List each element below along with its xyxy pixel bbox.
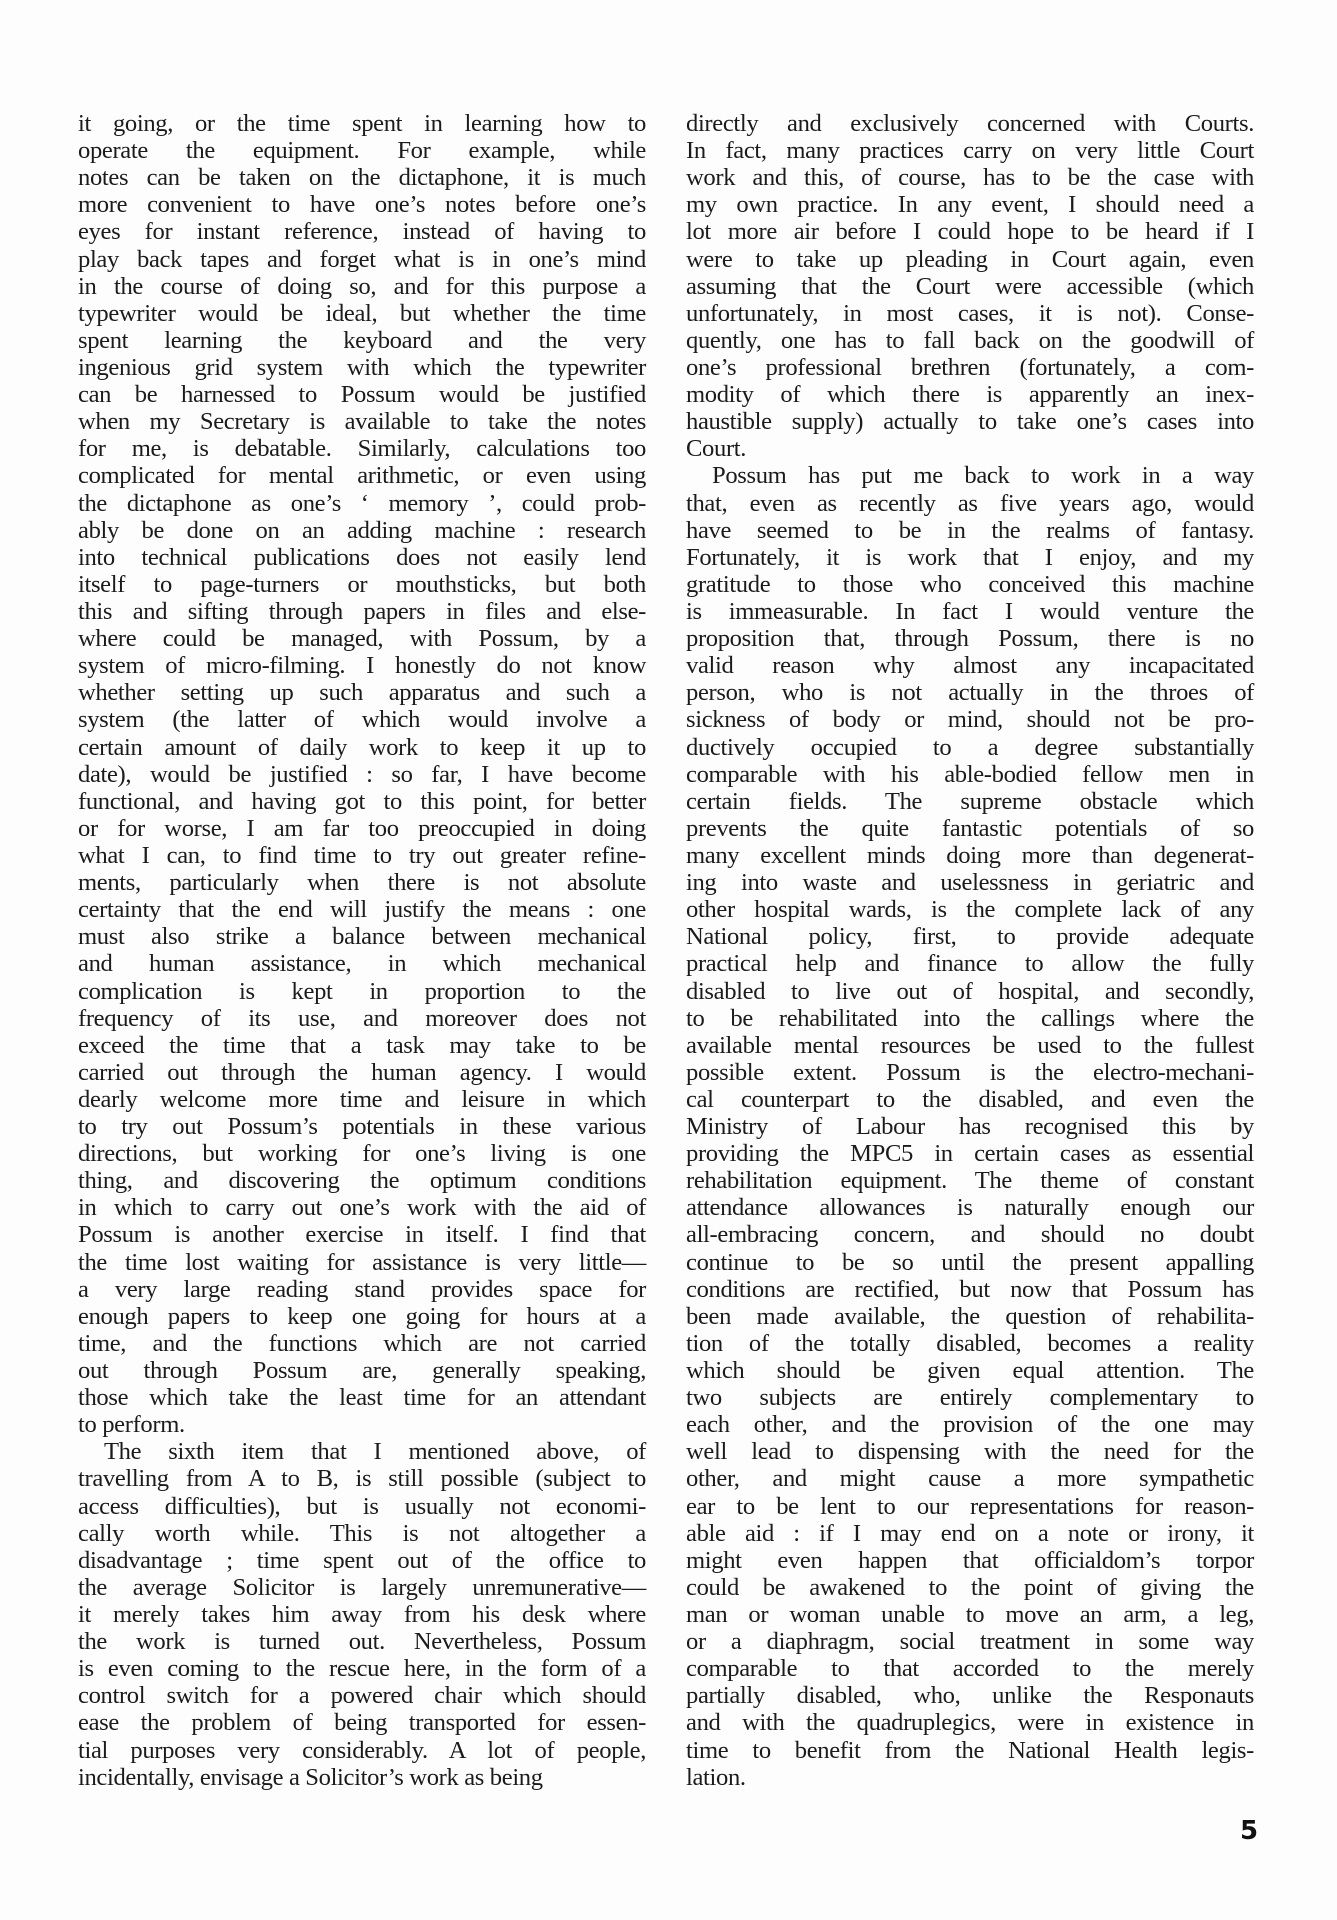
text-line: sickness of body or mind, should not be … <box>686 706 1254 733</box>
text-line: and with the quadruplegics, were in exis… <box>686 1709 1254 1736</box>
right-column: directly and exclusively concerned with … <box>686 110 1254 1791</box>
text-line: certainty that the end will justify the … <box>78 896 646 923</box>
text-line: is even coming to the rescue here, in th… <box>78 1655 646 1682</box>
text-line: in which to carry out one’s work with th… <box>78 1194 646 1221</box>
text-line: haustible supply) actually to take one’s… <box>686 408 1254 435</box>
text-line: ingenious grid system with which the typ… <box>78 354 646 381</box>
text-line: comparable with his able-bodied fellow m… <box>686 761 1254 788</box>
text-line: Fortunately, it is work that I enjoy, an… <box>686 544 1254 571</box>
text-line: one’s professional brethren (fortunately… <box>686 354 1254 381</box>
text-line: have seemed to be in the realms of fanta… <box>686 517 1254 544</box>
text-line: ing into waste and uselessness in geriat… <box>686 869 1254 896</box>
text-line: the work is turned out. Nevertheless, Po… <box>78 1628 646 1655</box>
text-line: directly and exclusively concerned with … <box>686 110 1254 137</box>
text-line: proposition that, through Possum, there … <box>686 625 1254 652</box>
text-line: where could be managed, with Possum, by … <box>78 625 646 652</box>
text-line: might even happen that officialdom’s tor… <box>686 1547 1254 1574</box>
text-line: lot more air before I could hope to be h… <box>686 218 1254 245</box>
text-line: Possum is another exercise in itself. I … <box>78 1221 646 1248</box>
text-line: the dictaphone as one’s ‘ memory ’, coul… <box>78 490 646 517</box>
text-line: the time lost waiting for assistance is … <box>78 1249 646 1276</box>
text-line: operate the equipment. For example, whil… <box>78 137 646 164</box>
text-line: system (the latter of which would involv… <box>78 706 646 733</box>
text-line: Court. <box>686 435 1254 462</box>
text-line: ductively occupied to a degree substanti… <box>686 734 1254 761</box>
text-line: Ministry of Labour has recognised this b… <box>686 1113 1254 1140</box>
text-line: partially disabled, who, unlike the Resp… <box>686 1682 1254 1709</box>
text-line: unfortunately, in most cases, it is not)… <box>686 300 1254 327</box>
text-line: many excellent minds doing more than deg… <box>686 842 1254 869</box>
text-line: that, even as recently as five years ago… <box>686 490 1254 517</box>
text-line: travelling from A to B, is still possibl… <box>78 1465 646 1492</box>
text-line: each other, and the provision of the one… <box>686 1411 1254 1438</box>
text-line: dearly welcome more time and leisure in … <box>78 1086 646 1113</box>
text-line: thing, and discovering the optimum condi… <box>78 1167 646 1194</box>
text-line: able aid : if I may end on a note or iro… <box>686 1520 1254 1547</box>
text-line: date), would be justified : so far, I ha… <box>78 761 646 788</box>
text-line: rehabilitation equipment. The theme of c… <box>686 1167 1254 1194</box>
text-line: disabled to live out of hospital, and se… <box>686 978 1254 1005</box>
text-line: incidentally, envisage a Solicitor’s wor… <box>78 1764 646 1791</box>
text-line: person, who is not actually in the throe… <box>686 679 1254 706</box>
text-line: ear to be lent to our representations fo… <box>686 1493 1254 1520</box>
text-line: well lead to dispensing with the need fo… <box>686 1438 1254 1465</box>
text-line: carried out through the human agency. I … <box>78 1059 646 1086</box>
text-line: can be harnessed to Possum would be just… <box>78 381 646 408</box>
text-line: is immeasurable. In fact I would venture… <box>686 598 1254 625</box>
text-line: comparable to that accorded to the merel… <box>686 1655 1254 1682</box>
text-line: the average Solicitor is largely unremun… <box>78 1574 646 1601</box>
text-line: must also strike a balance between mecha… <box>78 923 646 950</box>
text-line: to perform. <box>78 1411 646 1438</box>
left-column: it going, or the time spent in learning … <box>78 110 646 1791</box>
text-line: valid reason why almost any incapacitate… <box>686 652 1254 679</box>
text-line: complicated for mental arithmetic, or ev… <box>78 462 646 489</box>
text-line: into technical publications does not eas… <box>78 544 646 571</box>
text-line: spent learning the keyboard and the very <box>78 327 646 354</box>
text-line: quently, one has to fall back on the goo… <box>686 327 1254 354</box>
text-line: were to take up pleading in Court again,… <box>686 246 1254 273</box>
text-line: available mental resources be used to th… <box>686 1032 1254 1059</box>
text-line: man or woman unable to move an arm, a le… <box>686 1601 1254 1628</box>
text-line: control switch for a powered chair which… <box>78 1682 646 1709</box>
text-line: which should be given equal attention. T… <box>686 1357 1254 1384</box>
text-line: ably be done on an adding machine : rese… <box>78 517 646 544</box>
text-line: eyes for instant reference, instead of h… <box>78 218 646 245</box>
text-line: National policy, first, to provide adequ… <box>686 923 1254 950</box>
text-line: two subjects are entirely complementary … <box>686 1384 1254 1411</box>
text-line: disadvantage ; time spent out of the off… <box>78 1547 646 1574</box>
text-line: prevents the quite fantastic potentials … <box>686 815 1254 842</box>
text-line: other hospital wards, is the complete la… <box>686 896 1254 923</box>
text-line: complication is kept in proportion to th… <box>78 978 646 1005</box>
text-line: modity of which there is apparently an i… <box>686 381 1254 408</box>
text-line: in the course of doing so, and for this … <box>78 273 646 300</box>
text-line: out through Possum are, generally speaki… <box>78 1357 646 1384</box>
text-line: play back tapes and forget what is in on… <box>78 246 646 273</box>
text-line: and human assistance, in which mechanica… <box>78 950 646 977</box>
text-line: cal counterpart to the disabled, and eve… <box>686 1086 1254 1113</box>
text-line: it merely takes him away from his desk w… <box>78 1601 646 1628</box>
text-line: time, and the functions which are not ca… <box>78 1330 646 1357</box>
text-line: attendance allowances is naturally enoug… <box>686 1194 1254 1221</box>
text-line: functional, and having got to this point… <box>78 788 646 815</box>
text-line: certain amount of daily work to keep it … <box>78 734 646 761</box>
text-line: or a diaphragm, social treatment in some… <box>686 1628 1254 1655</box>
text-line: typewriter would be ideal, but whether t… <box>78 300 646 327</box>
text-line: my own practice. In any event, I should … <box>686 191 1254 218</box>
text-line: gratitude to those who conceived this ma… <box>686 571 1254 598</box>
text-line: certain fields. The supreme obstacle whi… <box>686 788 1254 815</box>
text-line: assuming that the Court were accessible … <box>686 273 1254 300</box>
text-line: or for worse, I am far too preoccupied i… <box>78 815 646 842</box>
text-line: directions, but working for one’s living… <box>78 1140 646 1167</box>
text-line: when my Secretary is available to take t… <box>78 408 646 435</box>
text-line: Possum has put me back to work in a way <box>686 462 1254 489</box>
text-line: tion of the totally disabled, becomes a … <box>686 1330 1254 1357</box>
text-line: what I can, to find time to try out grea… <box>78 842 646 869</box>
text-line: lation. <box>686 1764 1254 1791</box>
text-line: a very large reading stand provides spac… <box>78 1276 646 1303</box>
text-line: exceed the time that a task may take to … <box>78 1032 646 1059</box>
text-line: those which take the least time for an a… <box>78 1384 646 1411</box>
text-line: itself to page-turners or mouthsticks, b… <box>78 571 646 598</box>
text-line: cally worth while. This is not altogethe… <box>78 1520 646 1547</box>
text-line: work and this, of course, has to be the … <box>686 164 1254 191</box>
text-line: The sixth item that I mentioned above, o… <box>78 1438 646 1465</box>
text-line: enough papers to keep one going for hour… <box>78 1303 646 1330</box>
text-line: more convenient to have one’s notes befo… <box>78 191 646 218</box>
text-line: ments, particularly when there is not ab… <box>78 869 646 896</box>
text-line: In fact, many practices carry on very li… <box>686 137 1254 164</box>
text-line: system of micro-filming. I honestly do n… <box>78 652 646 679</box>
text-line: tial purposes very considerably. A lot o… <box>78 1737 646 1764</box>
text-line: providing the MPC5 in certain cases as e… <box>686 1140 1254 1167</box>
text-line: to try out Possum’s potentials in these … <box>78 1113 646 1140</box>
text-line: notes can be taken on the dictaphone, it… <box>78 164 646 191</box>
text-line: could be awakened to the point of giving… <box>686 1574 1254 1601</box>
text-line: it going, or the time spent in learning … <box>78 110 646 137</box>
text-line: time to benefit from the National Health… <box>686 1737 1254 1764</box>
text-line: possible extent. Possum is the electro-m… <box>686 1059 1254 1086</box>
text-line: other, and might cause a more sympatheti… <box>686 1465 1254 1492</box>
text-line: continue to be so until the present appa… <box>686 1249 1254 1276</box>
text-line: for me, is debatable. Similarly, calcula… <box>78 435 646 462</box>
text-line: been made available, the question of reh… <box>686 1303 1254 1330</box>
text-line: conditions are rectified, but now that P… <box>686 1276 1254 1303</box>
text-line: whether setting up such apparatus and su… <box>78 679 646 706</box>
document-page: it going, or the time spent in learning … <box>0 0 1337 1920</box>
text-line: this and sifting through papers in files… <box>78 598 646 625</box>
page-number: 5 <box>1240 1816 1258 1846</box>
text-line: all-embracing concern, and should no dou… <box>686 1221 1254 1248</box>
text-line: frequency of its use, and moreover does … <box>78 1005 646 1032</box>
text-line: access difficulties), but is usually not… <box>78 1493 646 1520</box>
text-line: ease the problem of being transported fo… <box>78 1709 646 1736</box>
text-line: practical help and finance to allow the … <box>686 950 1254 977</box>
text-line: to be rehabilitated into the callings wh… <box>686 1005 1254 1032</box>
